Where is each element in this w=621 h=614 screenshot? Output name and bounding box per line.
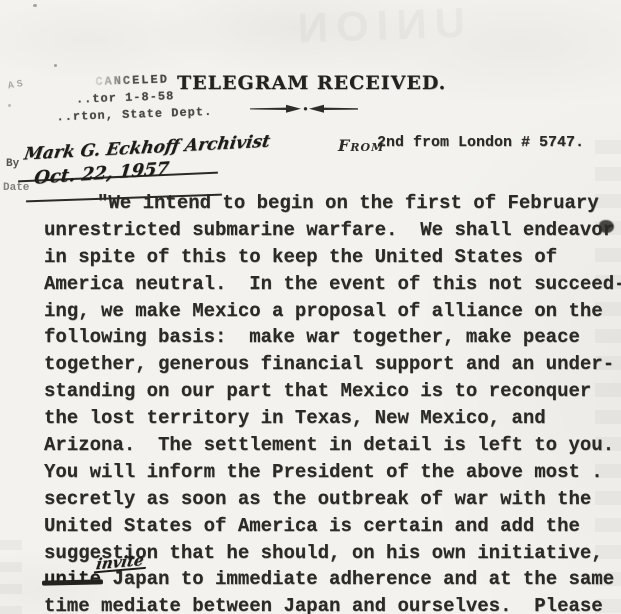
header-divider-ornament <box>250 103 358 115</box>
telegram-line: in spite of this to keep the United Stat… <box>44 244 621 271</box>
telegram-line: ing, we make Mexico a proposal of allian… <box>44 298 621 325</box>
telegram-line: America neutral. In the event of this no… <box>44 271 621 298</box>
telegram-line: together, generous financial support and… <box>44 351 621 378</box>
telegram-line: unite Japan to immediate adherence and a… <box>44 566 621 593</box>
stamp-date-label: Date <box>3 182 29 194</box>
telegram-line: "We intend to begin on the first of Febr… <box>44 190 621 217</box>
from-value: 2nd from London # 5747. <box>377 134 584 151</box>
struck-word: unite <box>44 566 101 593</box>
stamp-reference-line: ..tor 1-8-58 <box>76 89 175 106</box>
stamp-canceled-line: CANCELED <box>95 72 169 89</box>
stamp-by-label: By <box>6 158 19 170</box>
telegram-line: standing on our part that Mexico is to r… <box>44 378 621 405</box>
bleedthrough-bottom-strip <box>0 540 22 614</box>
telegram-line: unrestricted submarine warfare. We shall… <box>44 217 621 244</box>
ink-speck <box>54 64 57 67</box>
stamp-office-line: ..rton, State Dept. <box>56 105 212 124</box>
telegram-body: "We intend to begin on the first of Febr… <box>44 190 621 614</box>
declassification-stamp: CANCELED ..tor 1-8-58 ..rton, State Dept… <box>7 66 239 134</box>
telegram-line: following basis: make war together, make… <box>44 324 621 351</box>
telegram-line: United States of America is certain and … <box>44 513 621 540</box>
telegram-scan-page: UNION TELEGRAM RECEIVED. From 2nd from L… <box>0 0 621 614</box>
ink-blot <box>599 220 614 233</box>
telegram-line: time mediate between Japan and ourselves… <box>44 593 621 614</box>
telegram-line: You will inform the President of the abo… <box>44 459 621 486</box>
telegram-line: Arizona. The settlement in detail is lef… <box>44 432 621 459</box>
telegram-line-text: Japan to immediate adherence and at the … <box>101 568 614 590</box>
telegram-line: secretly as soon as the outbreak of war … <box>44 486 621 513</box>
bleedthrough-ghost-text: UNION <box>164 0 465 57</box>
ink-speck <box>33 4 37 7</box>
telegram-line: the lost territory in Texas, New Mexico,… <box>44 405 621 432</box>
